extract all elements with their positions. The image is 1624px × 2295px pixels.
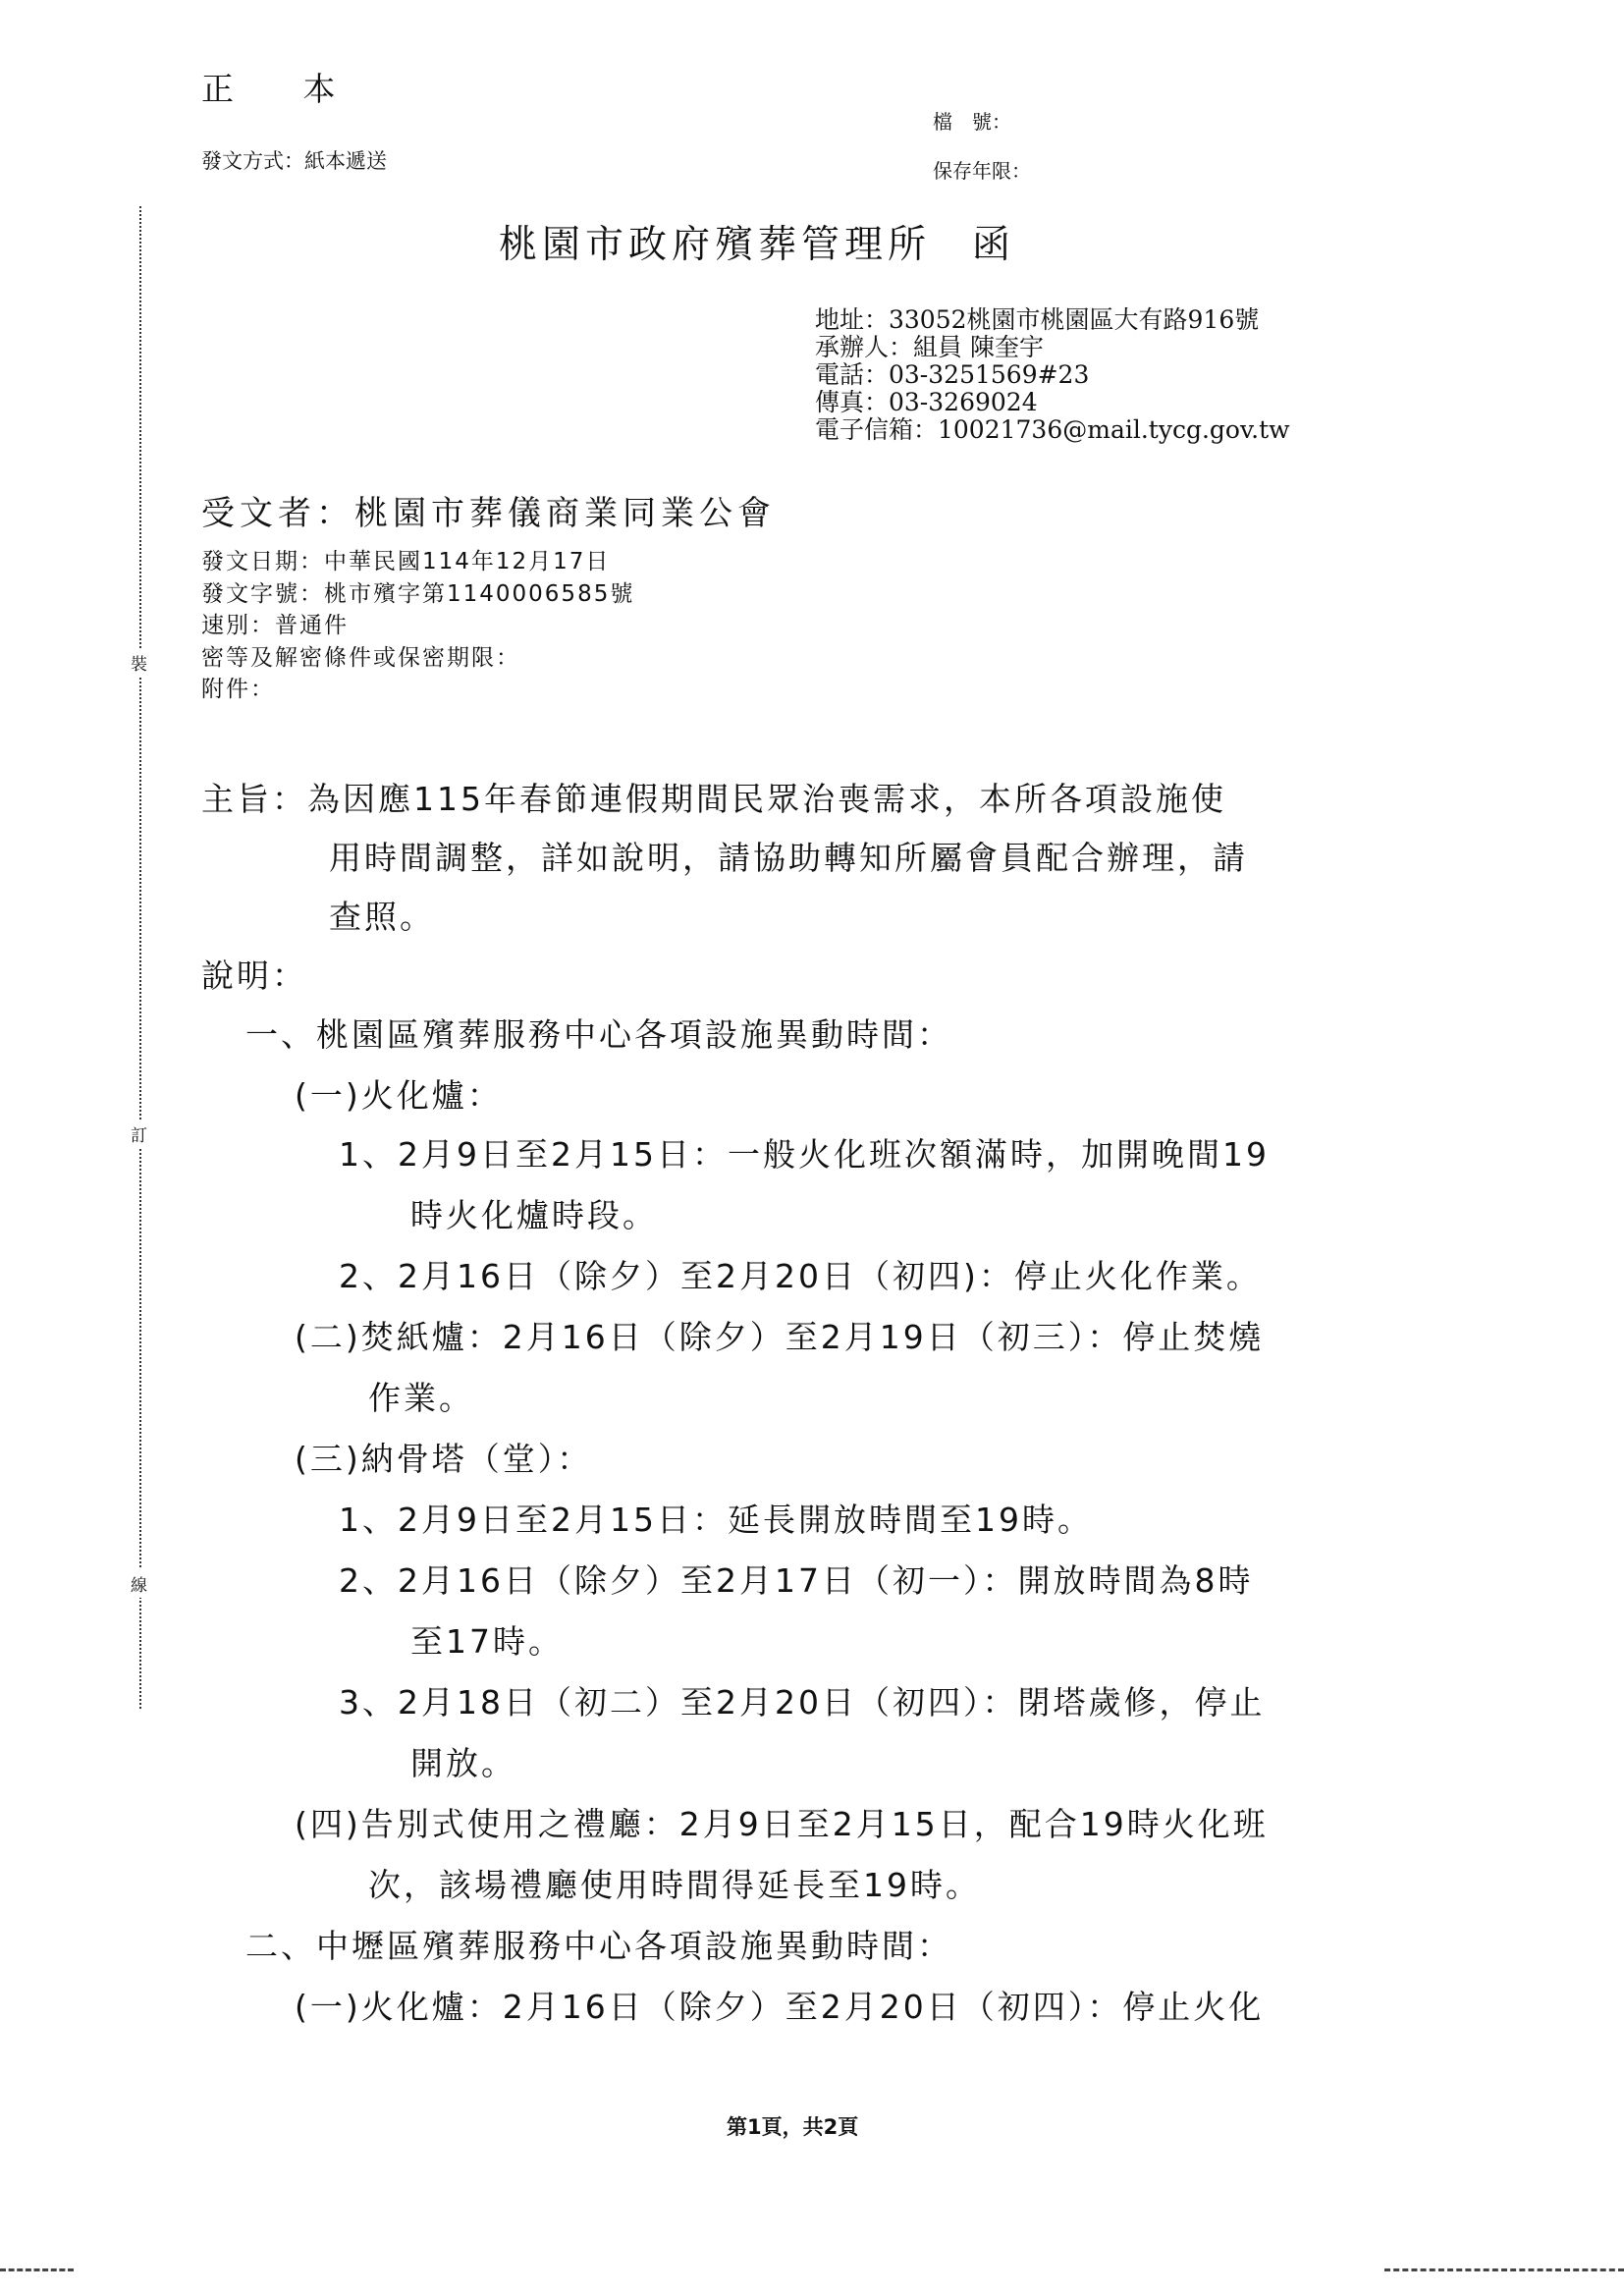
issue-date: 發文日期：中華民國114年12月17日 xyxy=(201,546,634,578)
binding-line xyxy=(139,206,141,1709)
page-indicator: 第1頁，共2頁 xyxy=(727,2111,858,2141)
file-number: 檔 號： xyxy=(933,106,1011,135)
section-1-item-1-sub-1: 1、2月9日至2月15日：一般火化班次額滿時，加開晚間19 xyxy=(339,1129,1270,1175)
retention-period: 保存年限： xyxy=(933,155,1031,184)
explanation-label: 說明： xyxy=(201,951,307,997)
attachments: 附件： xyxy=(201,674,634,706)
contact-address: 地址：33052桃園市桃園區大有路916號 xyxy=(815,306,1290,334)
section-1-item-1: (一)火化爐： xyxy=(295,1070,503,1117)
section-2-item-1: (一)火化爐：2月16日（除夕）至2月20日（初四）：停止火化 xyxy=(295,1982,1264,2028)
file-number-label: 檔 號： xyxy=(933,110,1011,134)
contact-block: 地址：33052桃園市桃園區大有路916號 承辦人：組員 陳奎宇 電話：03-3… xyxy=(815,306,1290,444)
subject-line-3: 查照。 xyxy=(329,892,435,938)
section-1-item-2-cont: 作業。 xyxy=(368,1373,474,1419)
section-1-item-3-sub-2-cont: 至17時。 xyxy=(410,1616,564,1663)
send-method: 發文方式：紙本遞送 xyxy=(201,145,387,175)
subject-line-1: 主旨：為因應115年春節連假期間民眾治喪需求，本所各項設施使 xyxy=(201,774,1226,820)
section-1-item-4-cont: 次，該場禮廳使用時間得延長至19時。 xyxy=(368,1860,981,1906)
binding-mark-zhuang: 裝 xyxy=(131,648,147,677)
document-number: 發文字號：桃市殯字第1140006585號 xyxy=(201,578,634,611)
section-1-item-3-sub-3: 3、2月18日（初二）至2月20日（初四）：閉塔歲修，停止 xyxy=(339,1677,1265,1723)
section-1-item-3-sub-3-cont: 開放。 xyxy=(410,1738,516,1784)
binding-mark-ding: 訂 xyxy=(131,1120,147,1148)
section-1-item-4: (四)告別式使用之禮廳：2月9日至2月15日，配合19時火化班 xyxy=(295,1799,1269,1845)
copy-mark: 正 本 xyxy=(201,64,365,110)
agency-name: 桃園市政府殯葬管理所 xyxy=(499,223,931,267)
document-title: 桃園市政府殯葬管理所函 xyxy=(499,214,1015,269)
section-1-item-1-sub-1-cont: 時火化爐時段。 xyxy=(410,1190,658,1236)
contact-phone: 電話：03-3251569#23 xyxy=(815,361,1290,389)
contact-handler: 承辦人：組員 陳奎宇 xyxy=(815,334,1290,361)
section-1-item-3-sub-2: 2、2月16日（除夕）至2月17日（初一）：開放時間為8時 xyxy=(339,1556,1253,1602)
binding-mark-xian: 線 xyxy=(131,1569,147,1598)
section-1-heading: 一、桃園區殯葬服務中心各項設施異動時間： xyxy=(245,1010,952,1056)
recipient: 受文者：桃園市葬儀商業同業公會 xyxy=(201,486,776,534)
document-meta: 發文日期：中華民國114年12月17日 發文字號：桃市殯字第1140006585… xyxy=(201,546,634,706)
delivery-speed: 速別：普通件 xyxy=(201,610,634,642)
classification: 密等及解密條件或保密期限： xyxy=(201,642,634,675)
contact-fax: 傳真：03-3269024 xyxy=(815,389,1290,416)
scan-edge-left xyxy=(0,2265,74,2271)
subject-line-2: 用時間調整，詳如說明，請協助轉知所屬會員配合辦理，請 xyxy=(329,833,1248,879)
section-1-item-2: (二)焚紙爐：2月16日（除夕）至2月19日（初三）：停止焚燒 xyxy=(295,1312,1264,1358)
section-1-item-3-sub-1: 1、2月9日至2月15日：延長開放時間至19時。 xyxy=(339,1495,1093,1541)
scan-edge-right xyxy=(1384,2265,1624,2271)
section-1-item-3: (三)納骨塔（堂）： xyxy=(295,1434,592,1480)
section-1-item-1-sub-2: 2、2月16日（除夕）至2月20日（初四)：停止火化作業。 xyxy=(339,1251,1262,1297)
document-type: 函 xyxy=(972,223,1015,267)
retention-label: 保存年限： xyxy=(933,159,1031,183)
contact-email: 電子信箱：10021736@mail.tycg.gov.tw xyxy=(815,416,1290,444)
section-2-heading: 二、中壢區殯葬服務中心各項設施異動時間： xyxy=(245,1921,952,1967)
